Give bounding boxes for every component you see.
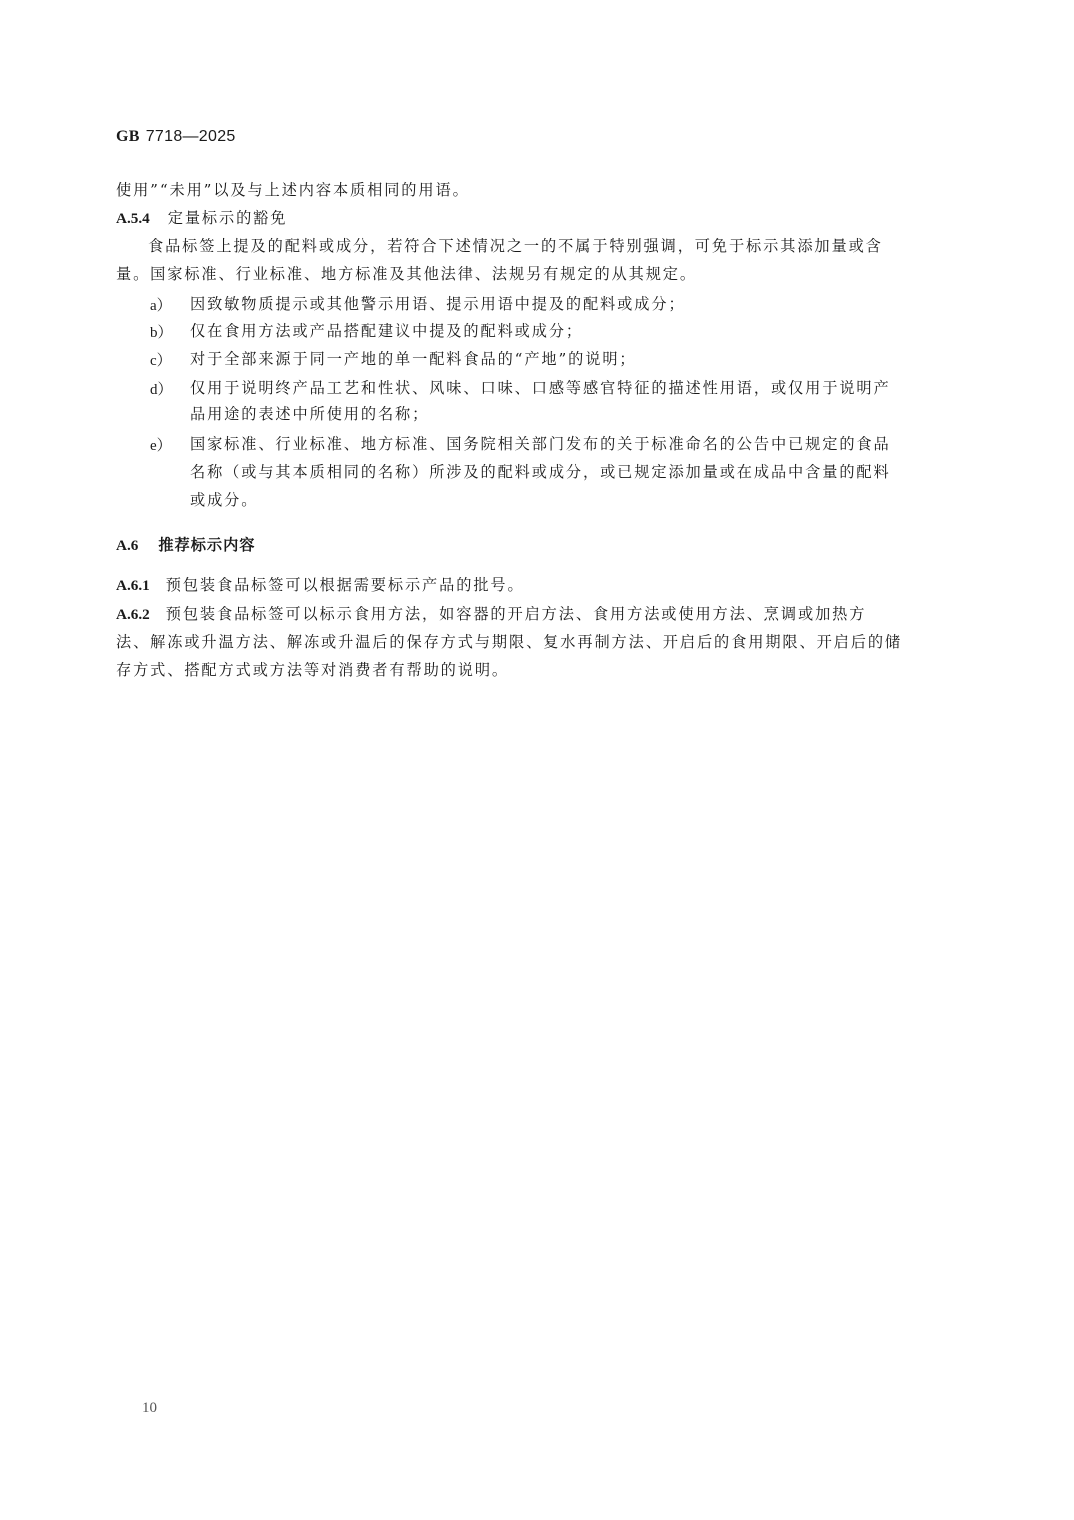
section-number: A.6.1 [116,577,150,594]
list-item-label: e） [150,434,172,455]
list-item-label: a） [150,294,172,315]
section-title: 推荐标示内容 [158,536,255,554]
section-number: A.6.2 [116,606,150,623]
paragraph-line: 法、解冻或升温方法、解冻或升温后的保存方式与期限、复水再制方法、开启后的食用期限… [116,632,902,652]
paragraph-line: 量。国家标准、行业标准、地方标准及其他法律、法规另有规定的从其规定。 [116,264,697,284]
paragraph-line: 存方式、搭配方式或方法等对消费者有帮助的说明。 [116,660,509,680]
section-a62: A.6.2预包装食品标签可以标示食用方法，如容器的开启方法、食用方法或使用方法、… [116,604,866,625]
list-item-label: b） [150,321,173,342]
list-item: 仅在食用方法或产品搭配建议中提及的配料或成分； [190,321,583,341]
section-title: 定量标示的豁免 [168,209,288,227]
list-item-continued: 名称（或与其本质相同的名称）所涉及的配料或成分，或已规定添加量或在成品中含量的配… [190,462,891,482]
list-item: 因致敏物质提示或其他警示用语、提示用语中提及的配料或成分； [190,294,686,314]
document-header: GB7718—2025 [116,128,236,146]
list-item: 仅用于说明终产品工艺和性状、风味、口味、口感等感官特征的描述性用语，或仅用于说明… [190,378,891,398]
page-number: 10 [142,1400,157,1417]
section-text: 预包装食品标签可以根据需要标示产品的批号。 [166,576,525,594]
standard-number: 7718—2025 [146,128,236,145]
list-item-label: d） [150,378,173,399]
section-number: A.5.4 [116,210,150,227]
section-a54-heading: A.5.4定量标示的豁免 [116,208,287,229]
section-number: A.6 [116,537,138,554]
standard-prefix: GB [116,128,140,145]
list-item: 对于全部来源于同一产地的单一配料食品的“产地”的说明； [190,349,637,369]
section-a6-heading: A.6推荐标示内容 [116,535,255,556]
section-text: 预包装食品标签可以标示食用方法，如容器的开启方法、食用方法或使用方法、烹调或加热… [166,605,867,623]
continuation-text: 使用”“未用”以及与上述内容本质相同的用语。 [116,180,470,200]
list-item-continued: 品用途的表述中所使用的名称； [190,404,429,424]
list-item-continued: 或成分。 [190,490,258,510]
section-a61: A.6.1预包装食品标签可以根据需要标示产品的批号。 [116,575,525,596]
paragraph-line: 食品标签上提及的配料或成分，若符合下述情况之一的不属于特别强调，可免于标示其添加… [148,236,883,256]
list-item-label: c） [150,349,172,370]
list-item: 国家标准、行业标准、地方标准、国务院相关部门发布的关于标准命名的公告中已规定的食… [190,434,891,454]
